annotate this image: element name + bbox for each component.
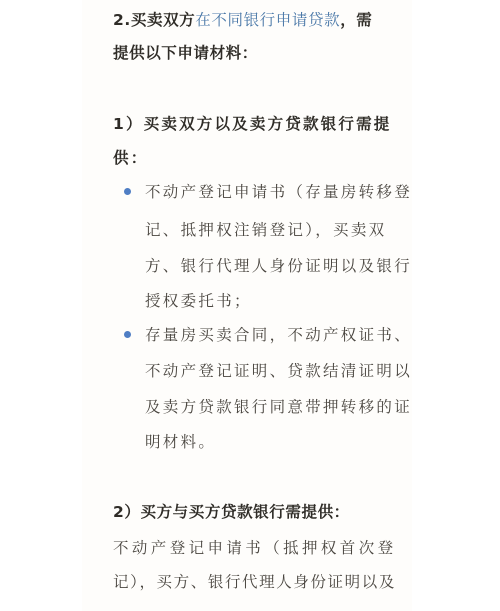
bullet-2-line-4: 明材料。 <box>145 432 216 452</box>
part2-line-1: 不动产登记申请书（抵押权首次登 <box>113 538 397 558</box>
part1-title-line-1: 1）买卖双方以及卖方贷款银行需提 <box>113 114 392 134</box>
bullet-1-line-4: 授权委托书； <box>145 291 252 311</box>
bullet-2-line-2: 不动产登记证明、贷款结清证明以 <box>145 361 412 381</box>
section-heading-highlight: 在不同银行申请贷款 <box>195 11 340 29</box>
bullet-dot-icon <box>124 331 131 338</box>
bullet-1-line-2: 记、抵押权注销登记），买卖双 <box>145 220 386 240</box>
bullet-2-line-3: 及卖方贷款银行同意带押转移的证 <box>145 397 412 417</box>
section-heading-prefix: 2.买卖双方 <box>113 11 195 29</box>
part1-title-line-2: 供： <box>113 148 148 168</box>
bullet-2-line-1: 存量房买卖合同，不动产权证书、 <box>145 325 412 345</box>
part2-title: 2）买方与买方贷款银行需提供： <box>113 502 350 522</box>
section-heading-line-2: 提供以下申请材料： <box>113 43 258 63</box>
bullet-1-line-1: 不动产登记申请书（存量房转移登 <box>145 182 412 202</box>
section-heading-suffix: ，需 <box>340 11 372 29</box>
part2-line-2: 记），买方、银行代理人身份证明以及 <box>113 572 396 592</box>
part2-line-3-cutoff <box>113 603 120 611</box>
section-heading-line-1: 2.买卖双方在不同银行申请贷款，需 <box>113 10 372 30</box>
bullet-dot-icon <box>124 188 131 195</box>
bullet-1-line-3: 方、银行代理人身份证明以及银行 <box>145 256 412 276</box>
